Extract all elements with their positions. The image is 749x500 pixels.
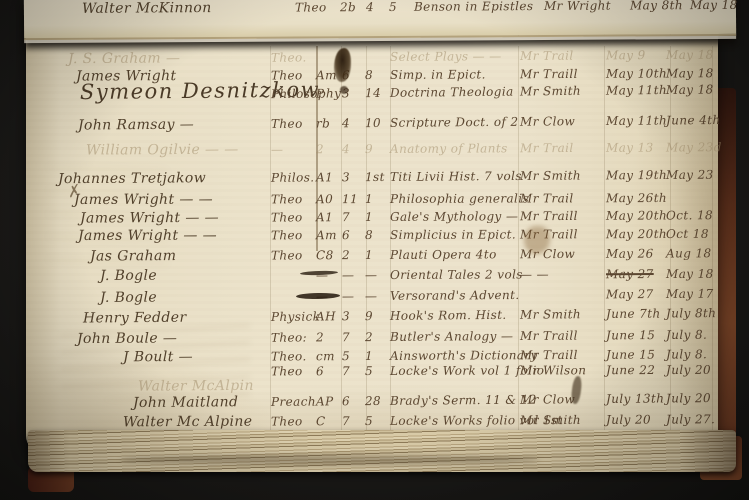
- date-returned-cell: May 18: [666, 46, 718, 64]
- book-title-cell: Doctrina Theologia: [390, 83, 517, 102]
- shelf-cell: P: [316, 84, 340, 102]
- book-title-cell: Locke's Works folio vol 1st: [390, 411, 517, 430]
- shelf-number-cell: 3: [342, 168, 363, 186]
- borrower-name: Walter McKinnon: [82, 0, 287, 18]
- shelf-number-cell: 6: [342, 392, 363, 410]
- borrower-name: Jas Graham: [58, 246, 295, 265]
- date-returned-cell: July 20: [666, 389, 718, 407]
- shelf-cell: 2: [316, 140, 340, 158]
- book-title-cell: Benson in Epistles: [414, 0, 541, 16]
- borrower-name: J. Bogle: [58, 266, 305, 285]
- register-row: J. Bogle———Oriental Tales 2 vols— —May 2…: [0, 265, 749, 288]
- professor-cell: Mr Trail: [520, 189, 604, 207]
- shelf-number-cell: 7: [342, 328, 363, 346]
- shelf-number-cell: 3: [342, 307, 363, 325]
- book-number-cell: 5: [365, 412, 387, 430]
- class-cell: Philos.: [271, 168, 314, 186]
- book-title-cell: [390, 375, 517, 376]
- date-borrowed-cell: May 20th: [606, 206, 666, 224]
- class-cell: Theo: [271, 208, 314, 226]
- date-borrowed-cell: May 9: [606, 46, 666, 64]
- shelf-cell: 2: [316, 328, 340, 346]
- class-cell: Theo: [271, 190, 314, 208]
- shelf-cell: C: [316, 412, 340, 430]
- borrower-name: James Wright — —: [58, 208, 285, 227]
- register-row: William Ogilvie — ——249Anatomy of Plants…: [0, 138, 749, 162]
- book-number-cell: 1st: [365, 168, 387, 186]
- date-returned-cell: Oct. 18: [666, 206, 718, 224]
- class-cell: Theo: [295, 0, 338, 17]
- professor-cell: Mr Smith: [520, 82, 604, 101]
- shelf-number-cell: 7: [342, 208, 363, 226]
- book-number-cell: 8: [365, 226, 387, 244]
- date-borrowed-cell: May 13: [606, 138, 666, 156]
- book-title-cell: Versorand's Advent.: [390, 286, 517, 305]
- date-returned-cell: July 27.: [666, 410, 718, 428]
- borrower-name: James Wright — —: [58, 226, 283, 245]
- book-title-cell: Simplicius in Epict.: [390, 226, 517, 244]
- professor-cell: Mr Trail: [520, 139, 604, 157]
- professor-cell: — —: [520, 265, 604, 283]
- borrower-name: J. S. Graham —: [58, 49, 273, 69]
- shelf-number-cell: —: [342, 266, 363, 284]
- professor-cell: Mr Wright: [544, 0, 628, 15]
- class-cell: Physick: [271, 308, 314, 326]
- class-cell: Preach: [271, 393, 314, 411]
- date-borrowed-cell: June 7th: [606, 304, 666, 323]
- shelf-cell: Am: [316, 226, 340, 244]
- book-title-cell: Titi Livii Hist. 7 vols: [390, 167, 517, 186]
- date-borrowed-cell: May 27: [606, 265, 666, 283]
- book-number-cell: 1: [365, 190, 387, 208]
- date-returned-cell: May 18: [690, 0, 742, 14]
- date-borrowed-cell: May 27: [606, 285, 666, 303]
- book-number-cell: 2: [365, 328, 387, 346]
- book-title-cell: Scripture Doct. of 2: [390, 113, 517, 132]
- previous-page-bottom-edge: Walter McKinnon Theo 2b 4 5 Benson in Ep…: [24, 0, 736, 40]
- class-cell: Theo.: [271, 48, 314, 66]
- photograph-of-borrowing-register: J. S. Graham —Theo.Select Plays — —Mr Tr…: [0, 0, 749, 500]
- book-number-cell: 1: [365, 246, 387, 264]
- date-borrowed-cell: May 8th: [630, 0, 690, 14]
- shelf-cell: rb: [316, 114, 340, 132]
- book-number-cell: 28: [365, 392, 387, 410]
- professor-cell: Mr Traill: [520, 65, 604, 83]
- borrower-name: Henry Fedder: [58, 308, 288, 328]
- book-title-cell: Oriental Tales 2 vols: [390, 266, 517, 284]
- book-number-cell: —: [365, 287, 387, 305]
- shelf-cell: A0: [316, 190, 340, 208]
- date-borrowed-cell: May 20th: [606, 225, 666, 243]
- date-borrowed-cell: July 13th: [606, 389, 666, 408]
- book-title-cell: Select Plays — —: [390, 47, 517, 66]
- shelf-number-cell: 4: [366, 0, 387, 16]
- date-borrowed-cell: June 15: [606, 326, 666, 344]
- class-cell: Theo: [271, 115, 314, 133]
- date-returned-cell: May 23: [666, 166, 718, 184]
- professor-cell: [520, 374, 604, 375]
- shelf-cell: AP: [316, 392, 340, 410]
- book-title-cell: Plauti Opera 4to: [390, 245, 517, 264]
- borrower-name: James Wright — —: [58, 190, 279, 209]
- class-cell: Theo: [271, 246, 314, 264]
- shelf-number-cell: —: [342, 287, 363, 305]
- professor-cell: [520, 285, 604, 286]
- shelf-number-cell: 2: [342, 246, 363, 264]
- professor-cell: Mr Traill: [520, 326, 604, 345]
- borrower-name: [58, 362, 263, 363]
- book-number-cell: 5: [389, 0, 411, 16]
- borrower-name: Johannes Tretjakow: [58, 169, 263, 188]
- borrower-name: Symeon Desnitzkow: [58, 81, 285, 101]
- shelf-cell: 2b: [340, 0, 364, 16]
- page-edge-stack: [28, 430, 736, 472]
- shelf-number-cell: 4: [342, 114, 363, 132]
- borrower-name: John Ramsay —: [58, 115, 283, 135]
- date-returned-cell: May 17: [666, 285, 718, 303]
- shelf-cell: A1: [316, 208, 340, 226]
- shelf-number-cell: 6: [342, 226, 363, 244]
- shelf-cell: —: [316, 266, 340, 284]
- date-returned-cell: Oct 18: [666, 225, 718, 243]
- date-borrowed-cell: May 26th: [606, 189, 666, 207]
- book-title-cell: Philosophia generalis: [390, 190, 517, 208]
- book-title-cell: Simp. in Epict.: [390, 65, 517, 84]
- shelf-number-cell: 4: [342, 140, 363, 158]
- borrower-name: J. Bogle: [58, 287, 305, 307]
- book-number-cell: 10: [365, 114, 387, 132]
- book-number-cell: —: [365, 266, 387, 284]
- ink-blot: [340, 86, 348, 94]
- date-returned-cell: May 23d: [666, 138, 718, 156]
- professor-cell: Mr Smith: [520, 411, 604, 429]
- book-number-cell: 9: [365, 307, 387, 325]
- class-cell: —: [271, 140, 314, 158]
- professor-cell: Mr Clow: [520, 112, 604, 131]
- book-number-cell: 8: [365, 66, 387, 84]
- date-borrowed-cell: July 20: [606, 410, 666, 428]
- date-returned-cell: May 18: [666, 80, 718, 99]
- book-title-cell: Brady's Serm. 11 & 12: [390, 391, 517, 410]
- date-returned-cell: May 18: [666, 265, 718, 283]
- shelf-cell: AH: [316, 307, 340, 325]
- shelf-cell: C8: [316, 246, 340, 264]
- date-returned-cell: June 4th: [666, 111, 718, 129]
- professor-cell: Mr Smith: [520, 166, 604, 185]
- professor-cell: Mr Clow: [520, 390, 604, 409]
- class-cell: Theo:: [271, 328, 314, 346]
- borrower-name: William Ogilvie — —: [58, 140, 291, 159]
- borrower-name: John Boule —: [58, 329, 282, 349]
- date-returned-cell: July 8th: [666, 304, 718, 322]
- professor-cell: Mr Smith: [520, 305, 604, 324]
- date-borrowed-cell: May 11th: [606, 111, 666, 130]
- register-row: Walter McKinnon Theo 2b 4 5 Benson in Ep…: [24, 0, 749, 20]
- professor-cell: Mr Trail: [520, 46, 604, 65]
- book-title-cell: Anatomy of Plants: [390, 139, 517, 158]
- book-title-cell: Butler's Analogy —: [390, 327, 517, 346]
- page-edge-smudge: [120, 455, 540, 465]
- shelf-number-cell: 11: [342, 190, 363, 208]
- date-borrowed-cell: May 26: [606, 244, 666, 262]
- date-returned-cell: July 8.: [666, 326, 718, 344]
- professor-cell: Mr Traill: [520, 207, 604, 225]
- shelf-cell: A1: [316, 168, 340, 186]
- book-title-cell: Hook's Rom. Hist.: [390, 306, 517, 325]
- book-number-cell: 1: [365, 208, 387, 226]
- class-cell: Philosophy: [271, 85, 314, 103]
- date-borrowed-cell: May 11th: [606, 81, 666, 100]
- book-title-cell: Gale's Mythology —: [390, 207, 517, 226]
- shelf-number-cell: 7: [342, 412, 363, 430]
- class-cell: Theo: [271, 412, 314, 430]
- book-number-cell: 14: [365, 84, 387, 102]
- class-cell: Theo: [271, 226, 314, 244]
- date-returned-cell: Aug 18: [666, 244, 718, 262]
- book-number-cell: 9: [365, 140, 387, 158]
- date-borrowed-cell: May 19th: [606, 166, 666, 184]
